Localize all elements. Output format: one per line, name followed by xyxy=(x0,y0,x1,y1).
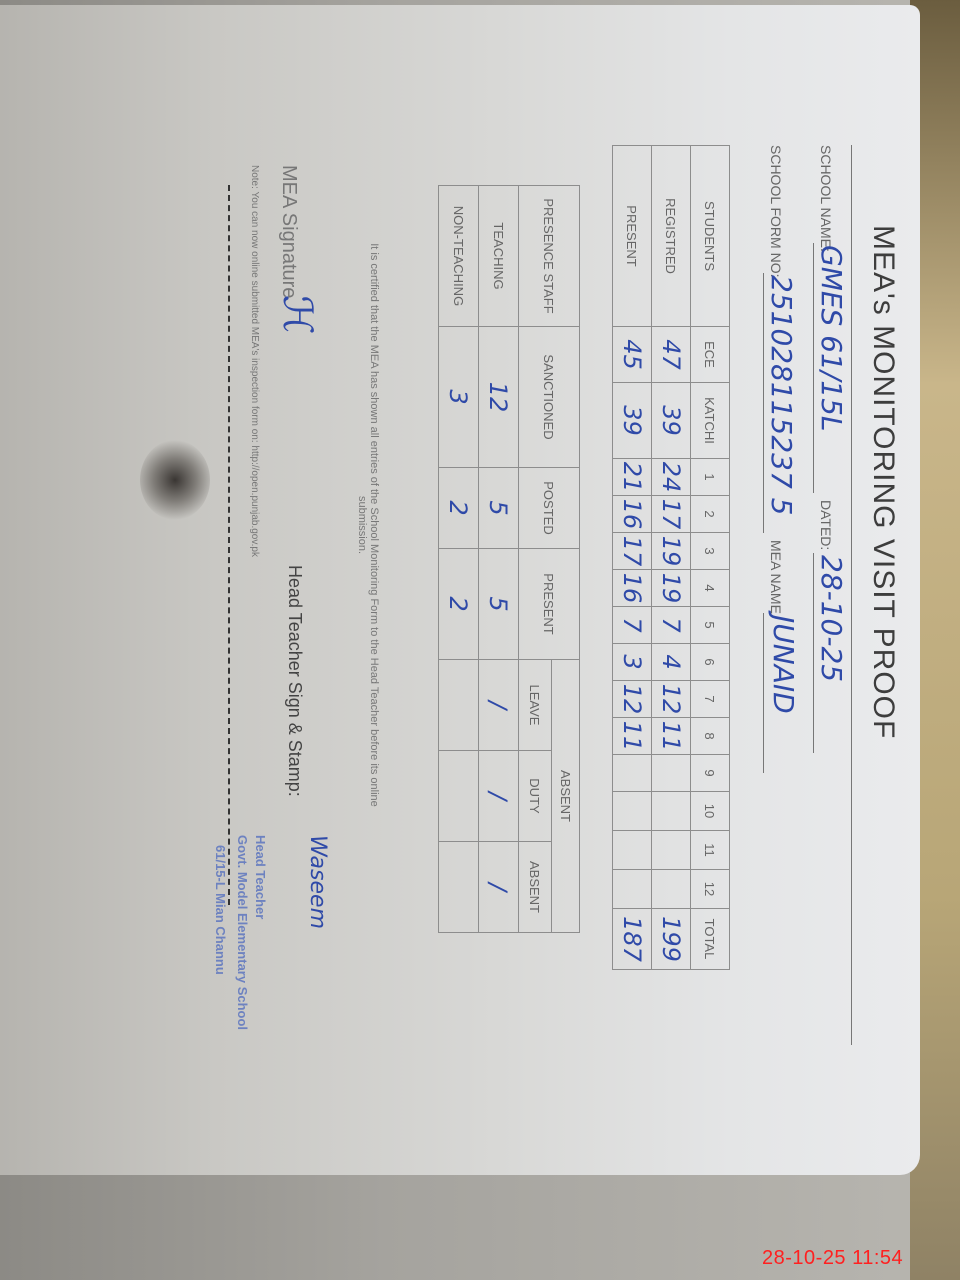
column-header: 5 xyxy=(691,607,730,644)
monitoring-form: MEA's MONITORING VISIT PROOF SCHOOL NAME… xyxy=(200,145,900,1145)
table-cell: 45 xyxy=(613,327,652,383)
camera-timestamp: 28-10-25 11:54 xyxy=(762,1247,903,1270)
table-cell: 11 xyxy=(613,718,652,755)
table-cell: 2 xyxy=(439,549,479,660)
table-cell: 17 xyxy=(652,496,691,533)
column-header: 9 xyxy=(691,755,730,792)
column-header: 6 xyxy=(691,644,730,681)
form-no-label: SCHOOL FORM NO: xyxy=(768,145,784,278)
column-header: TOTAL xyxy=(691,909,730,970)
table-cell: 39 xyxy=(613,383,652,459)
column-header: LEAVE xyxy=(519,660,552,751)
table-cell: 3 xyxy=(613,644,652,681)
table-cell: 12 xyxy=(652,681,691,718)
table-cell: 187 xyxy=(613,909,652,970)
table-row-present: PRESENT453921161716731211187 xyxy=(613,146,652,970)
form-title: MEA's MONITORING VISIT PROOF xyxy=(866,225,900,739)
stamp-line-3: 61/15-L Mian Channu xyxy=(213,845,228,975)
table-cell: 3 xyxy=(439,327,479,468)
table-cell xyxy=(652,831,691,870)
table-cell: 7 xyxy=(613,607,652,644)
table-row-registered: REGISTRED473924171919741211199 xyxy=(652,146,691,970)
column-header: POSTED xyxy=(519,468,580,549)
table-cell: / xyxy=(479,842,519,933)
stamp-line-1: Head Teacher xyxy=(253,835,268,919)
table-cell xyxy=(652,870,691,909)
table-cell: 16 xyxy=(613,570,652,607)
table-cell: 4 xyxy=(652,644,691,681)
table-cell: 11 xyxy=(652,718,691,755)
table-cell xyxy=(613,755,652,792)
column-header: 2 xyxy=(691,496,730,533)
table-header-row: PRESENCE STAFF SANCTIONED POSTED PRESENT… xyxy=(551,186,579,933)
table-cell xyxy=(439,751,479,842)
dated-value: 28-10-25 xyxy=(815,555,848,682)
table-cell xyxy=(439,660,479,751)
table-cell: 12 xyxy=(613,681,652,718)
online-note: Note: You can now online submitted MEA's… xyxy=(249,165,260,557)
column-header: ABSENT xyxy=(519,842,552,933)
table-cell: 12 xyxy=(479,327,519,468)
table-row-non-teaching: NON-TEACHING322 xyxy=(439,186,479,933)
row-label: TEACHING xyxy=(479,186,519,327)
table-cell xyxy=(652,755,691,792)
table-cell: 21 xyxy=(613,459,652,496)
column-header: 1 xyxy=(691,459,730,496)
underline xyxy=(813,243,814,493)
column-header: 11 xyxy=(691,831,730,870)
table-cell: 39 xyxy=(652,383,691,459)
column-header: 10 xyxy=(691,792,730,831)
dated-label: DATED: xyxy=(818,500,834,550)
table-cell: 19 xyxy=(652,570,691,607)
table-cell: 199 xyxy=(652,909,691,970)
table-cell: 24 xyxy=(652,459,691,496)
table-cell: / xyxy=(479,751,519,842)
row-label: NON-TEACHING xyxy=(439,186,479,327)
absent-group-header: ABSENT xyxy=(551,660,579,933)
column-header: SANCTIONED xyxy=(519,327,580,468)
cut-line xyxy=(228,185,230,905)
column-header: 4 xyxy=(691,570,730,607)
table-cell: 17 xyxy=(613,533,652,570)
column-header: 7 xyxy=(691,681,730,718)
table-cell xyxy=(652,792,691,831)
column-header: ECE xyxy=(691,327,730,383)
column-header: PRESENT xyxy=(519,549,580,660)
head-teacher-signature: Waseem xyxy=(305,835,330,929)
table-cell: / xyxy=(479,660,519,751)
mea-name-value: JUNAID xyxy=(767,615,800,714)
table-cell xyxy=(613,831,652,870)
table-cell: 16 xyxy=(613,496,652,533)
table-cell: 19 xyxy=(652,533,691,570)
table-row-teaching: TEACHING1255/// xyxy=(479,186,519,933)
table-header-row: STUDENTS ECE KATCHI 1 2 3 4 5 6 7 8 9 10… xyxy=(691,146,730,970)
table-cell: 5 xyxy=(479,468,519,549)
table-cell: 2 xyxy=(439,468,479,549)
students-corner: STUDENTS xyxy=(691,146,730,327)
head-teacher-label: Head Teacher Sign & Stamp: xyxy=(284,565,305,797)
column-header: DUTY xyxy=(519,751,552,842)
column-header: 12 xyxy=(691,870,730,909)
mea-signature-label: MEA Signature xyxy=(277,165,300,298)
mea-signature: ℋ xyxy=(274,295,320,335)
staff-table: PRESENCE STAFF SANCTIONED POSTED PRESENT… xyxy=(438,185,580,933)
school-name-value: GMES 61/15L xyxy=(815,245,848,432)
stamp-line-2: Govt. Model Elementary School xyxy=(235,835,250,1030)
certification-text: It is certified that the MEA has shown a… xyxy=(356,225,380,825)
table-cell xyxy=(613,870,652,909)
table-cell: 47 xyxy=(652,327,691,383)
table-cell: 7 xyxy=(652,607,691,644)
column-header: KATCHI xyxy=(691,383,730,459)
row-label: PRESENT xyxy=(613,146,652,327)
column-header: 8 xyxy=(691,718,730,755)
school-name-label: SCHOOL NAME: xyxy=(818,145,834,252)
students-table: STUDENTS ECE KATCHI 1 2 3 4 5 6 7 8 9 10… xyxy=(612,145,730,970)
form-no-value: 251028115237 5 xyxy=(765,275,798,516)
divider xyxy=(851,145,852,1045)
row-label: REGISTRED xyxy=(652,146,691,327)
table-cell: 5 xyxy=(479,549,519,660)
column-header: 3 xyxy=(691,533,730,570)
underline xyxy=(763,273,764,533)
underline xyxy=(763,613,764,773)
underline xyxy=(813,553,814,753)
table-cell xyxy=(613,792,652,831)
table-cell xyxy=(439,842,479,933)
mea-name-label: MEA NAME xyxy=(768,540,784,614)
staff-corner: PRESENCE STAFF xyxy=(519,186,580,327)
